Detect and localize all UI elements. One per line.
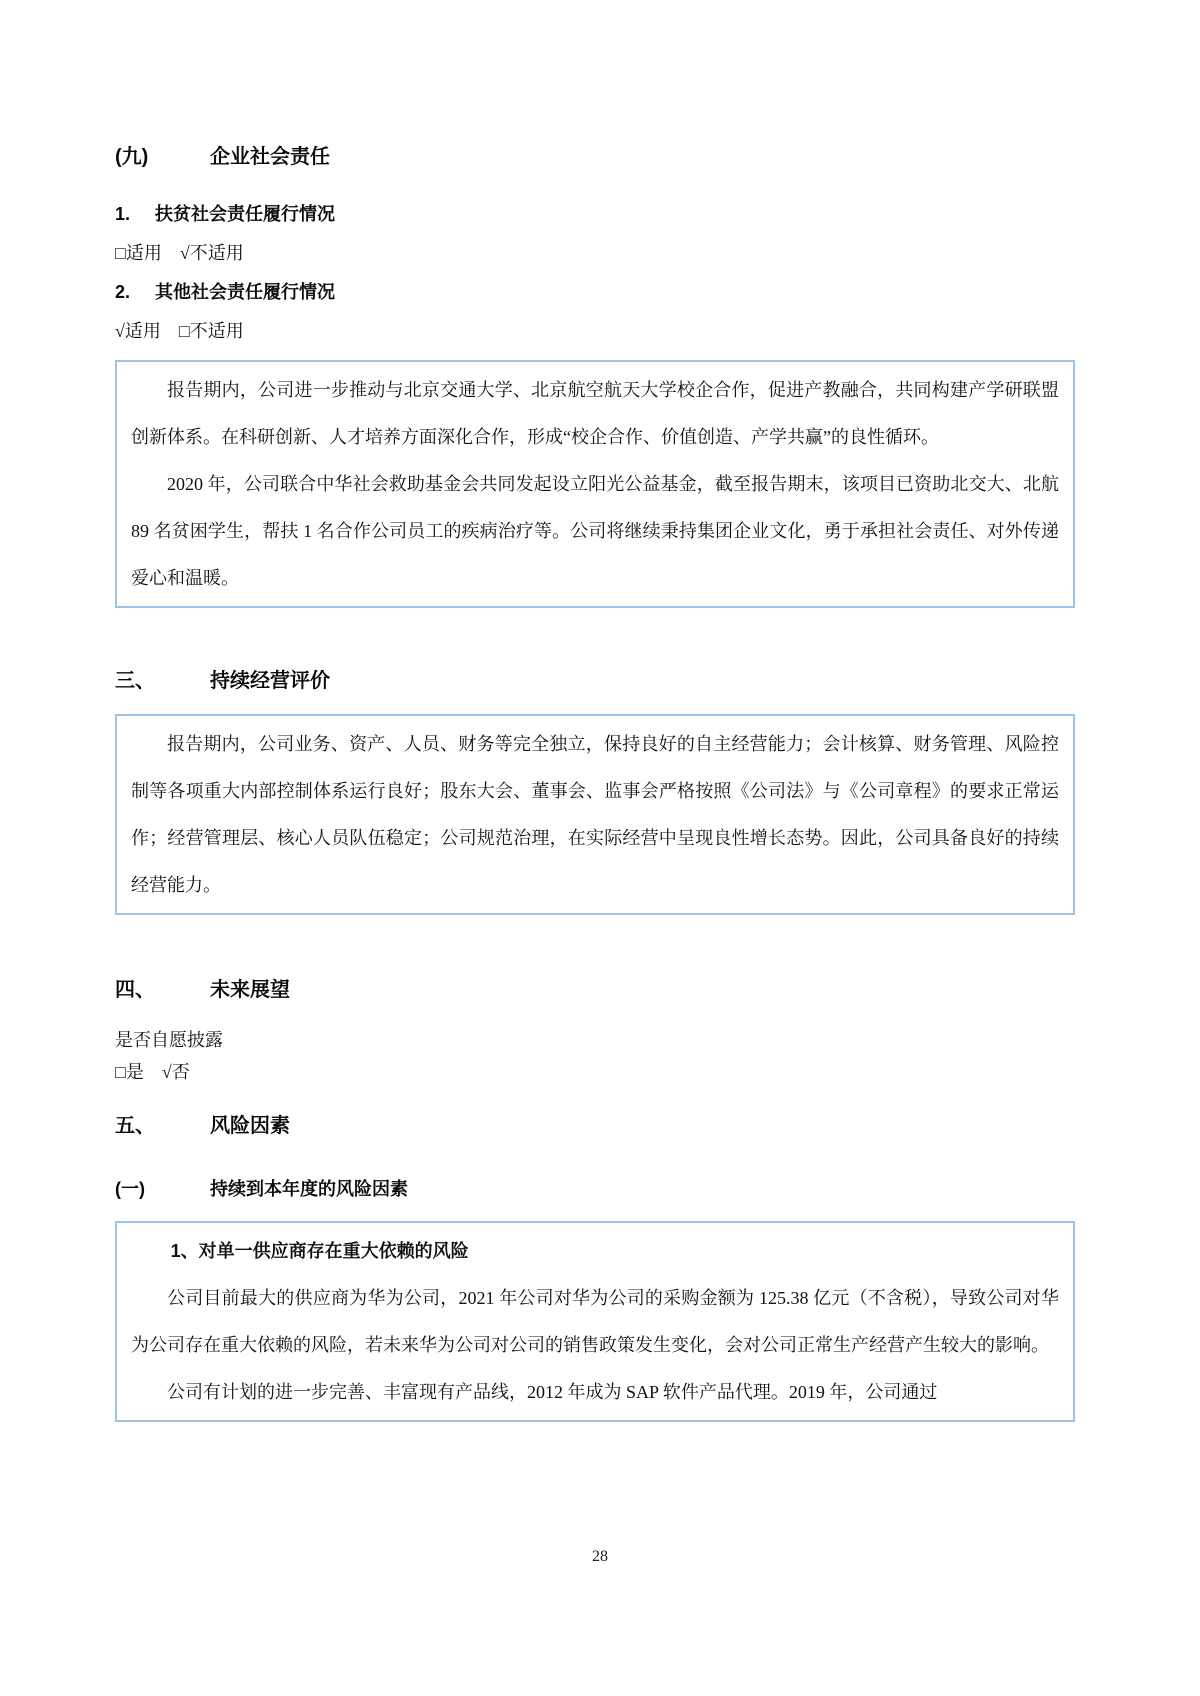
risk-1-paragraph-1: 公司目前最大的供应商为华为公司，2021 年公司对华为公司的采购金额为 125.… [131, 1275, 1059, 1369]
csr-paragraph-1: 报告期内，公司进一步推动与北京交通大学、北京航空航天大学校企合作，促进产教融合，… [131, 367, 1059, 461]
subsection-1-number: (一) [115, 1175, 210, 1203]
item-2-applicability-line: √适用 □不适用 [115, 318, 1075, 344]
section-4-number: 四、 [115, 975, 210, 1005]
risk-1-paragraph-2: 公司有计划的进一步完善、丰富现有产品线，2012 年成为 SAP 软件产品代理。… [131, 1369, 1059, 1416]
section-9-number: (九) [115, 142, 210, 172]
section-3-heading: 三、持续经营评价 [115, 666, 1075, 696]
csr-paragraph-2: 2020 年，公司联合中华社会救助基金会共同发起设立阳光公益基金，截至报告期末，… [131, 461, 1059, 602]
subsection-1-title: 持续到本年度的风险因素 [210, 1179, 408, 1199]
section-9-heading: (九)企业社会责任 [115, 142, 1075, 172]
page-number: 28 [0, 1548, 1200, 1566]
item-1-heading: 1.扶贫社会责任履行情况 [115, 200, 1075, 228]
section-3-number: 三、 [115, 666, 210, 696]
risk-factors-box: 1、对单一供应商存在重大依赖的风险 公司目前最大的供应商为华为公司，2021 年… [115, 1221, 1075, 1422]
voluntary-disclosure-check-line: □是 √否 [115, 1059, 1075, 1085]
going-concern-paragraph: 报告期内，公司业务、资产、人员、财务等完全独立，保持良好的自主经营能力；会计核算… [131, 721, 1059, 909]
section-5-title: 风险因素 [210, 1115, 290, 1137]
section-5-heading: 五、风险因素 [115, 1111, 1075, 1141]
item-2-heading: 2.其他社会责任履行情况 [115, 278, 1075, 306]
page-content: (九)企业社会责任 1.扶贫社会责任履行情况 □适用 √不适用 2.其他社会责任… [115, 142, 1075, 1422]
section-3-title: 持续经营评价 [210, 670, 330, 692]
item-2-number: 2. [115, 278, 155, 306]
section-5-number: 五、 [115, 1111, 210, 1141]
going-concern-box: 报告期内，公司业务、资产、人员、财务等完全独立，保持良好的自主经营能力；会计核算… [115, 714, 1075, 915]
item-1-number: 1. [115, 200, 155, 228]
item-1-title: 扶贫社会责任履行情况 [155, 204, 335, 224]
section-4-title: 未来展望 [210, 979, 290, 1001]
section-4-heading: 四、未来展望 [115, 975, 1075, 1005]
subsection-1-heading: (一)持续到本年度的风险因素 [115, 1175, 1075, 1203]
section-9-title: 企业社会责任 [210, 146, 330, 168]
item-2-title: 其他社会责任履行情况 [155, 282, 335, 302]
item-1-applicability-line: □适用 √不适用 [115, 240, 1075, 266]
voluntary-disclosure-question: 是否自愿披露 [115, 1027, 1075, 1053]
risk-1-heading: 1、对单一供应商存在重大依赖的风险 [131, 1228, 1059, 1275]
report-page: (九)企业社会责任 1.扶贫社会责任履行情况 □适用 √不适用 2.其他社会责任… [0, 0, 1200, 1696]
csr-comment-box: 报告期内，公司进一步推动与北京交通大学、北京航空航天大学校企合作，促进产教融合，… [115, 360, 1075, 608]
